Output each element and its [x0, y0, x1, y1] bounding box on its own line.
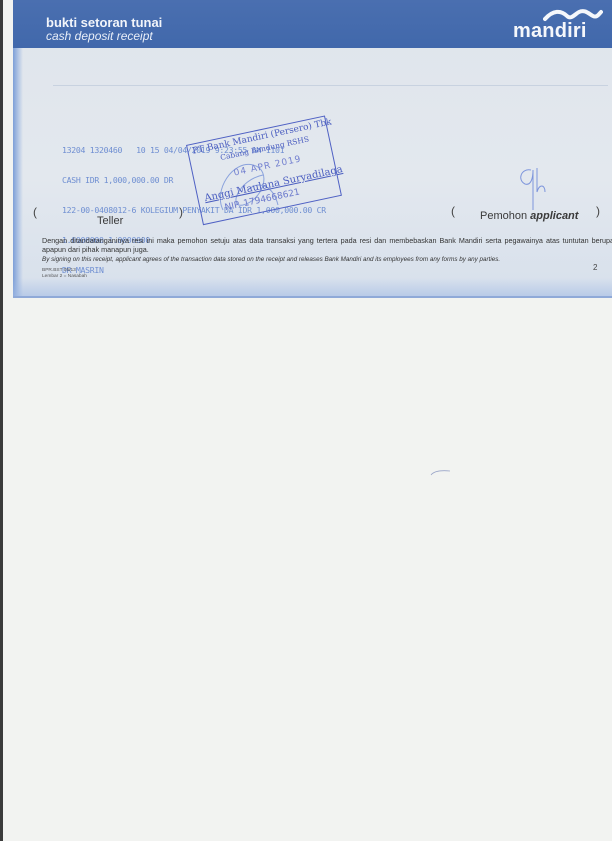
applicant-label-en: applicant: [530, 210, 578, 222]
divider: [53, 85, 608, 86]
teller-bracket-open: (: [33, 205, 37, 219]
applicant-bracket-open: (: [451, 204, 455, 218]
applicant-signature: [513, 162, 553, 212]
applicant-label-id: Pemohon: [480, 210, 527, 222]
cash-deposit-receipt: bukti setoran tunai cash deposit receipt…: [13, 0, 612, 298]
teller-bracket-close: ): [179, 205, 183, 219]
scan-edge: [0, 0, 3, 841]
copy-number: 2: [593, 263, 597, 272]
mandiri-logo: mandiri: [513, 8, 603, 44]
scan-mark: [430, 468, 454, 476]
copy-label: Lembar 2 = Nasabah: [42, 274, 87, 280]
form-code-block: BPR.BST 05/13 Lembar 2 = Nasabah: [42, 268, 87, 279]
teller-label: Teller: [97, 215, 123, 227]
applicant-bracket-close: ): [596, 204, 600, 218]
disclaimer-english: By signing on this receipt, applicant ag…: [42, 256, 500, 263]
validation-line: TANGGAL EFEKTIF 04/04/2019: [62, 295, 326, 298]
applicant-label: Pemohon applicant: [480, 210, 578, 222]
brand-name: mandiri: [513, 20, 587, 43]
receipt-subtitle: cash deposit receipt: [46, 29, 153, 43]
validation-line: DR MASRIN: [62, 265, 326, 275]
receipt-header: bukti setoran tunai cash deposit receipt…: [13, 0, 612, 48]
disclaimer-indonesian: Dengan ditandatanganinya resi ini maka p…: [42, 236, 612, 254]
receipt-title: bukti setoran tunai: [46, 15, 162, 30]
